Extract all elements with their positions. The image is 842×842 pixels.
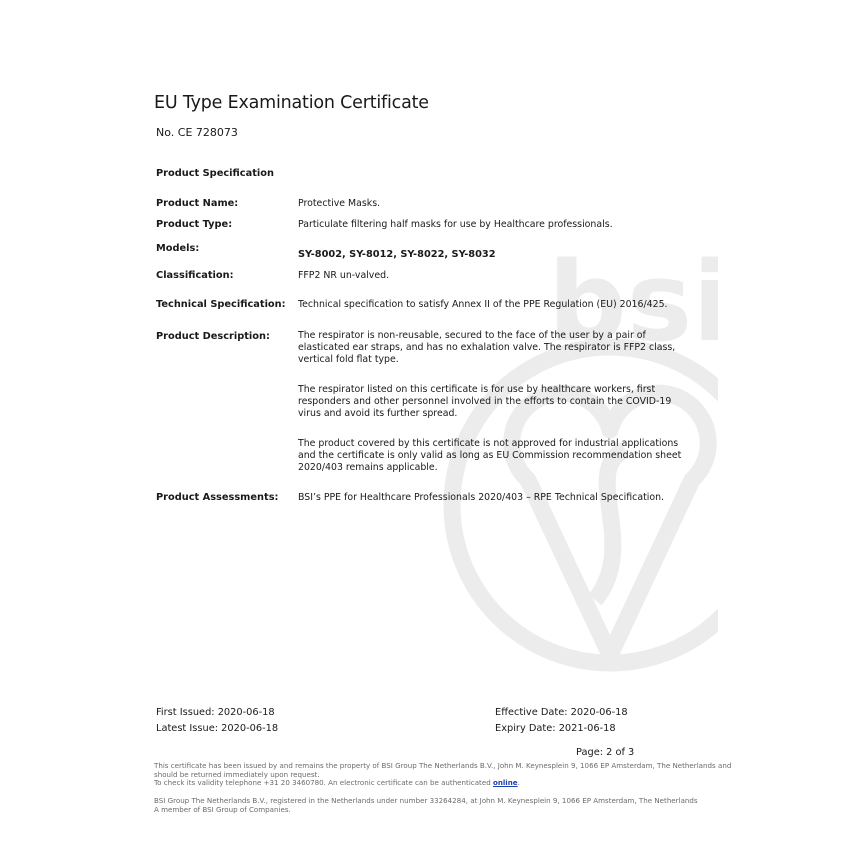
bsi-watermark-logo-icon: bsi bbox=[0, 0, 842, 842]
latest-issue: Latest Issue: 2020-06-18 bbox=[156, 723, 278, 734]
value-product-type: Particulate filtering half masks for use… bbox=[298, 219, 613, 231]
label-technical-specification: Technical Specification: bbox=[156, 299, 286, 310]
expiry-date: Expiry Date: 2021-06-18 bbox=[495, 723, 616, 734]
value-product-description-p2: The respirator listed on this certificat… bbox=[298, 384, 688, 421]
label-product-description: Product Description: bbox=[156, 331, 270, 342]
fine-print-validity-text: To check its validity telephone +31 20 3… bbox=[154, 778, 493, 787]
effective-date: Effective Date: 2020-06-18 bbox=[495, 707, 628, 718]
fine-print-line-5: A member of BSI Group of Companies. bbox=[154, 806, 698, 815]
fine-print-ownership: This certificate has been issued by and … bbox=[154, 762, 731, 788]
section-heading: Product Specification bbox=[156, 168, 274, 179]
value-product-assessments: BSI’s PPE for Healthcare Professionals 2… bbox=[298, 492, 664, 504]
first-issued: First Issued: 2020-06-18 bbox=[156, 707, 275, 718]
certificate-title: EU Type Examination Certificate bbox=[154, 93, 429, 113]
fine-print-line-3: To check its validity telephone +31 20 3… bbox=[154, 779, 731, 788]
value-product-description-p3: The product covered by this certificate … bbox=[298, 438, 688, 475]
value-product-name: Protective Masks. bbox=[298, 198, 380, 210]
page-number: Page: 2 of 3 bbox=[576, 747, 634, 758]
online-authentication-link[interactable]: online bbox=[493, 778, 518, 787]
value-classification: FFP2 NR un-valved. bbox=[298, 270, 389, 282]
label-product-name: Product Name: bbox=[156, 198, 238, 209]
fine-print-period: . bbox=[518, 778, 520, 787]
label-models: Models: bbox=[156, 243, 199, 254]
value-technical-specification: Technical specification to satisfy Annex… bbox=[298, 299, 668, 311]
value-product-description-p1: The respirator is non-reusable, secured … bbox=[298, 330, 688, 367]
label-product-assessments: Product Assessments: bbox=[156, 492, 278, 503]
value-models: SY-8002, SY-8012, SY-8022, SY-8032 bbox=[298, 249, 496, 261]
label-product-type: Product Type: bbox=[156, 219, 232, 230]
certificate-number: No. CE 728073 bbox=[156, 126, 238, 139]
fine-print-registration: BSI Group The Netherlands B.V., register… bbox=[154, 797, 698, 814]
label-classification: Classification: bbox=[156, 270, 234, 281]
